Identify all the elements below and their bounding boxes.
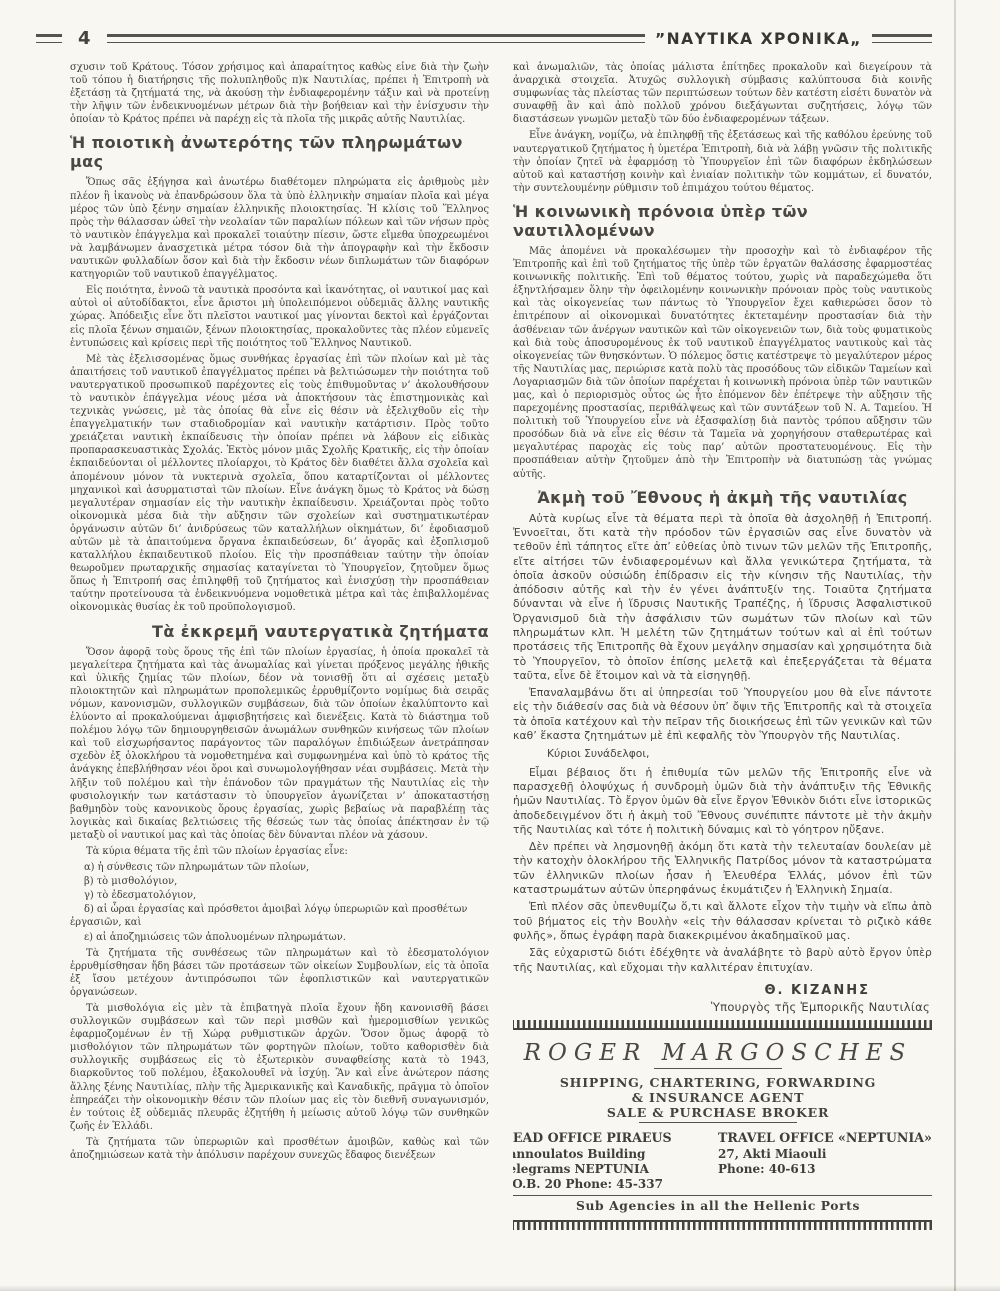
list-item: δ) αἱ ὧραι ἐργασίας καὶ πρόσθετοι ἀμοιβα… [70, 903, 489, 929]
body-paragraph: Σᾶς εὐχαριστῶ διότι ἐδέχθητε νὰ ἀναλάβητ… [513, 946, 932, 975]
body-paragraph: Δὲν πρέπει νὰ λησμονηθῇ ἀκόμη ὅτι κατὰ τ… [513, 840, 932, 897]
advertisement-roger-margosches: ROGER MARGOSCHES SHIPPING, CHARTERING, F… [513, 1020, 932, 1230]
list-item: β) τὸ μισθολόγιον, [70, 875, 489, 888]
scan-shadow-artifact [0, 1285, 1000, 1291]
page-number: 4 [72, 28, 97, 49]
body-paragraph: Ἐπὶ πλέον σᾶς ὑπενθυμίζω ὅ,τι καὶ ἄλλοτε… [513, 900, 932, 943]
list-item: α) ἡ σύνθεσις τῶν πληρωμάτων τῶν πλοίων, [70, 861, 489, 874]
header-rule [107, 34, 645, 43]
advert-head-office: HEAD OFFICE PIRAEUS Yannoulatos Building… [513, 1130, 718, 1192]
salutation: Κύριοι Συνάδελφοι, [547, 747, 932, 761]
body-paragraph: καὶ ἀνωμαλιῶν, τὰς ὁποίας μάλιστα ἐπίτηδ… [513, 61, 932, 126]
body-paragraph: σχυσιν τοῦ Κράτους. Τόσον χρήσιμος καὶ ἀ… [70, 61, 489, 126]
advert-services-line: SHIPPING, CHARTERING, FORWARDING [513, 1075, 932, 1090]
advert-footer: Sub Agencies in all the Hellenic Ports [513, 1195, 932, 1216]
advert-office-line: Yannoulatos Building [513, 1147, 718, 1162]
body-paragraph: Μᾶς ἀπομένει νὰ προκαλέσωμεν τὴν προσοχὴ… [513, 245, 932, 481]
body-paragraph: Εἰς ποιότητα, ἐννοῶ τὰ ναυτικὰ προσόντα … [70, 284, 489, 349]
magazine-page: 4 ”ΝΑΥΤΙΚΑ ΧΡΟΝΙΚΑ„ σχυσιν τοῦ Κράτους. … [0, 0, 1000, 1291]
body-paragraph: Εἶνε ἀνάγκη, νομίζω, νὰ ἐπιληφθῇ τῆς ἐξε… [513, 129, 932, 194]
advert-services-line: & INSURANCE AGENT [513, 1090, 932, 1105]
scan-edge-artifact [954, 0, 956, 1291]
list-item: γ) τὸ ἐδεσματολόγιον, [70, 889, 489, 902]
body-paragraph: Ἐπαναλαμβάνω ὅτι αἱ ὑπηρεσίαι τοῦ Ὑπουργ… [513, 686, 932, 743]
advert-rule [639, 1122, 797, 1123]
header-rule [36, 34, 62, 43]
advert-travel-office: TRAVEL OFFICE «NEPTUNIA» 27, Akti Miaoul… [718, 1130, 932, 1192]
page-header: 4 ”ΝΑΥΤΙΚΑ ΧΡΟΝΙΚΑ„ [34, 18, 966, 53]
body-paragraph: Τὰ ζητήματα τῶν ὑπερωριῶν καὶ προσθέτων … [70, 1136, 489, 1162]
advert-rule [654, 1068, 782, 1069]
section-heading-social-welfare: Ἡ κοινωνικὴ πρόνοια ὑπὲρ τῶν ναυτιλλομέν… [513, 202, 932, 240]
advert-office-line: 27, Akti Miaouli [718, 1147, 932, 1162]
advert-hatch-border-top [513, 1020, 932, 1030]
advert-offices: HEAD OFFICE PIRAEUS Yannoulatos Building… [513, 1130, 932, 1192]
body-paragraph: Ὅσον ἀφορᾷ τοὺς ὅρους τῆς ἐπὶ τῶν πλοίων… [70, 646, 489, 842]
advert-office-line: Telegrams NEPTUNIA [513, 1162, 718, 1177]
section-heading-nation-acme: Ἀκμὴ τοῦ Ἔθνους ἡ ἀκμὴ τῆς ναυτιλίας [513, 488, 932, 507]
advert-office-line: P.O.B. 20 Phone: 45-337 [513, 1177, 718, 1192]
list-item: ε) αἱ ἀποζημιώσεις τῶν ἀπολυομένων πληρω… [70, 931, 489, 944]
signature-block: Θ. ΚΙΖΑΝΗΣ Ὑπουργὸς τῆς Ἐμπορικῆς Ναυτιλ… [513, 983, 930, 1014]
advert-head-office-label: HEAD OFFICE PIRAEUS [513, 1130, 718, 1145]
body-paragraph: Εἶμαι βέβαιος ὅτι ἡ ἐπιθυμία τῶν μελῶν τ… [513, 766, 932, 837]
advert-name: ROGER MARGOSCHES [513, 1040, 932, 1066]
text-columns: σχυσιν τοῦ Κράτους. Τόσον χρήσιμος καὶ ἀ… [34, 53, 966, 1269]
advert-office-line: Phone: 40-613 [718, 1162, 932, 1177]
closing-section: Αὐτὰ κυρίως εἶνε τὰ θέματα περὶ τὰ ὁποῖα… [513, 512, 932, 975]
body-paragraph: Τὰ ζητήματα τῆς συνθέσεως τῶν πληρωμάτων… [70, 947, 489, 999]
body-paragraph: Ὅπως σᾶς ἐξήγησα καὶ ἀνωτέρω διαθέτομεν … [70, 176, 489, 281]
body-paragraph: Μὲ τὰς ἐξελισσομένας ὅμως συνθήκας ἐργασ… [70, 353, 489, 615]
list-intro: Τὰ κύρια θέματα τῆς ἐπὶ τῶν πλοίων ἐργασ… [70, 845, 489, 858]
signature-name: Θ. ΚΙΖΑΝΗΣ [513, 983, 930, 998]
advert-travel-office-label: TRAVEL OFFICE «NEPTUNIA» [718, 1130, 932, 1145]
masthead-title: ”ΝΑΥΤΙΚΑ ΧΡΟΝΙΚΑ„ [655, 30, 862, 48]
advert-box: ROGER MARGOSCHES SHIPPING, CHARTERING, F… [513, 1032, 932, 1218]
left-column: σχυσιν τοῦ Κράτους. Τόσον χρήσιμος καὶ ἀ… [70, 61, 489, 1269]
signature-title: Ὑπουργὸς τῆς Ἐμπορικῆς Ναυτιλίας [513, 1000, 930, 1014]
section-heading-pending-labour-issues: Τὰ ἐκκρεμῆ ναυτεργατικὰ ζητήματα [70, 622, 489, 641]
body-paragraph: Τὰ μισθολόγια εἰς μὲν τὰ ἐπιβατηγὰ πλοῖα… [70, 1002, 489, 1133]
header-rule [872, 34, 932, 43]
advert-hatch-border-bottom [513, 1220, 932, 1230]
advert-services-line: SALE & PURCHASE BROKER [513, 1105, 932, 1120]
section-heading-crew-quality: Ἡ ποιοτικὴ ἀνωτερότης τῶν πληρωμάτων μας [70, 133, 489, 171]
body-paragraph: Αὐτὰ κυρίως εἶνε τὰ θέματα περὶ τὰ ὁποῖα… [513, 512, 932, 684]
right-column: καὶ ἀνωμαλιῶν, τὰς ὁποίας μάλιστα ἐπίτηδ… [513, 61, 932, 1269]
